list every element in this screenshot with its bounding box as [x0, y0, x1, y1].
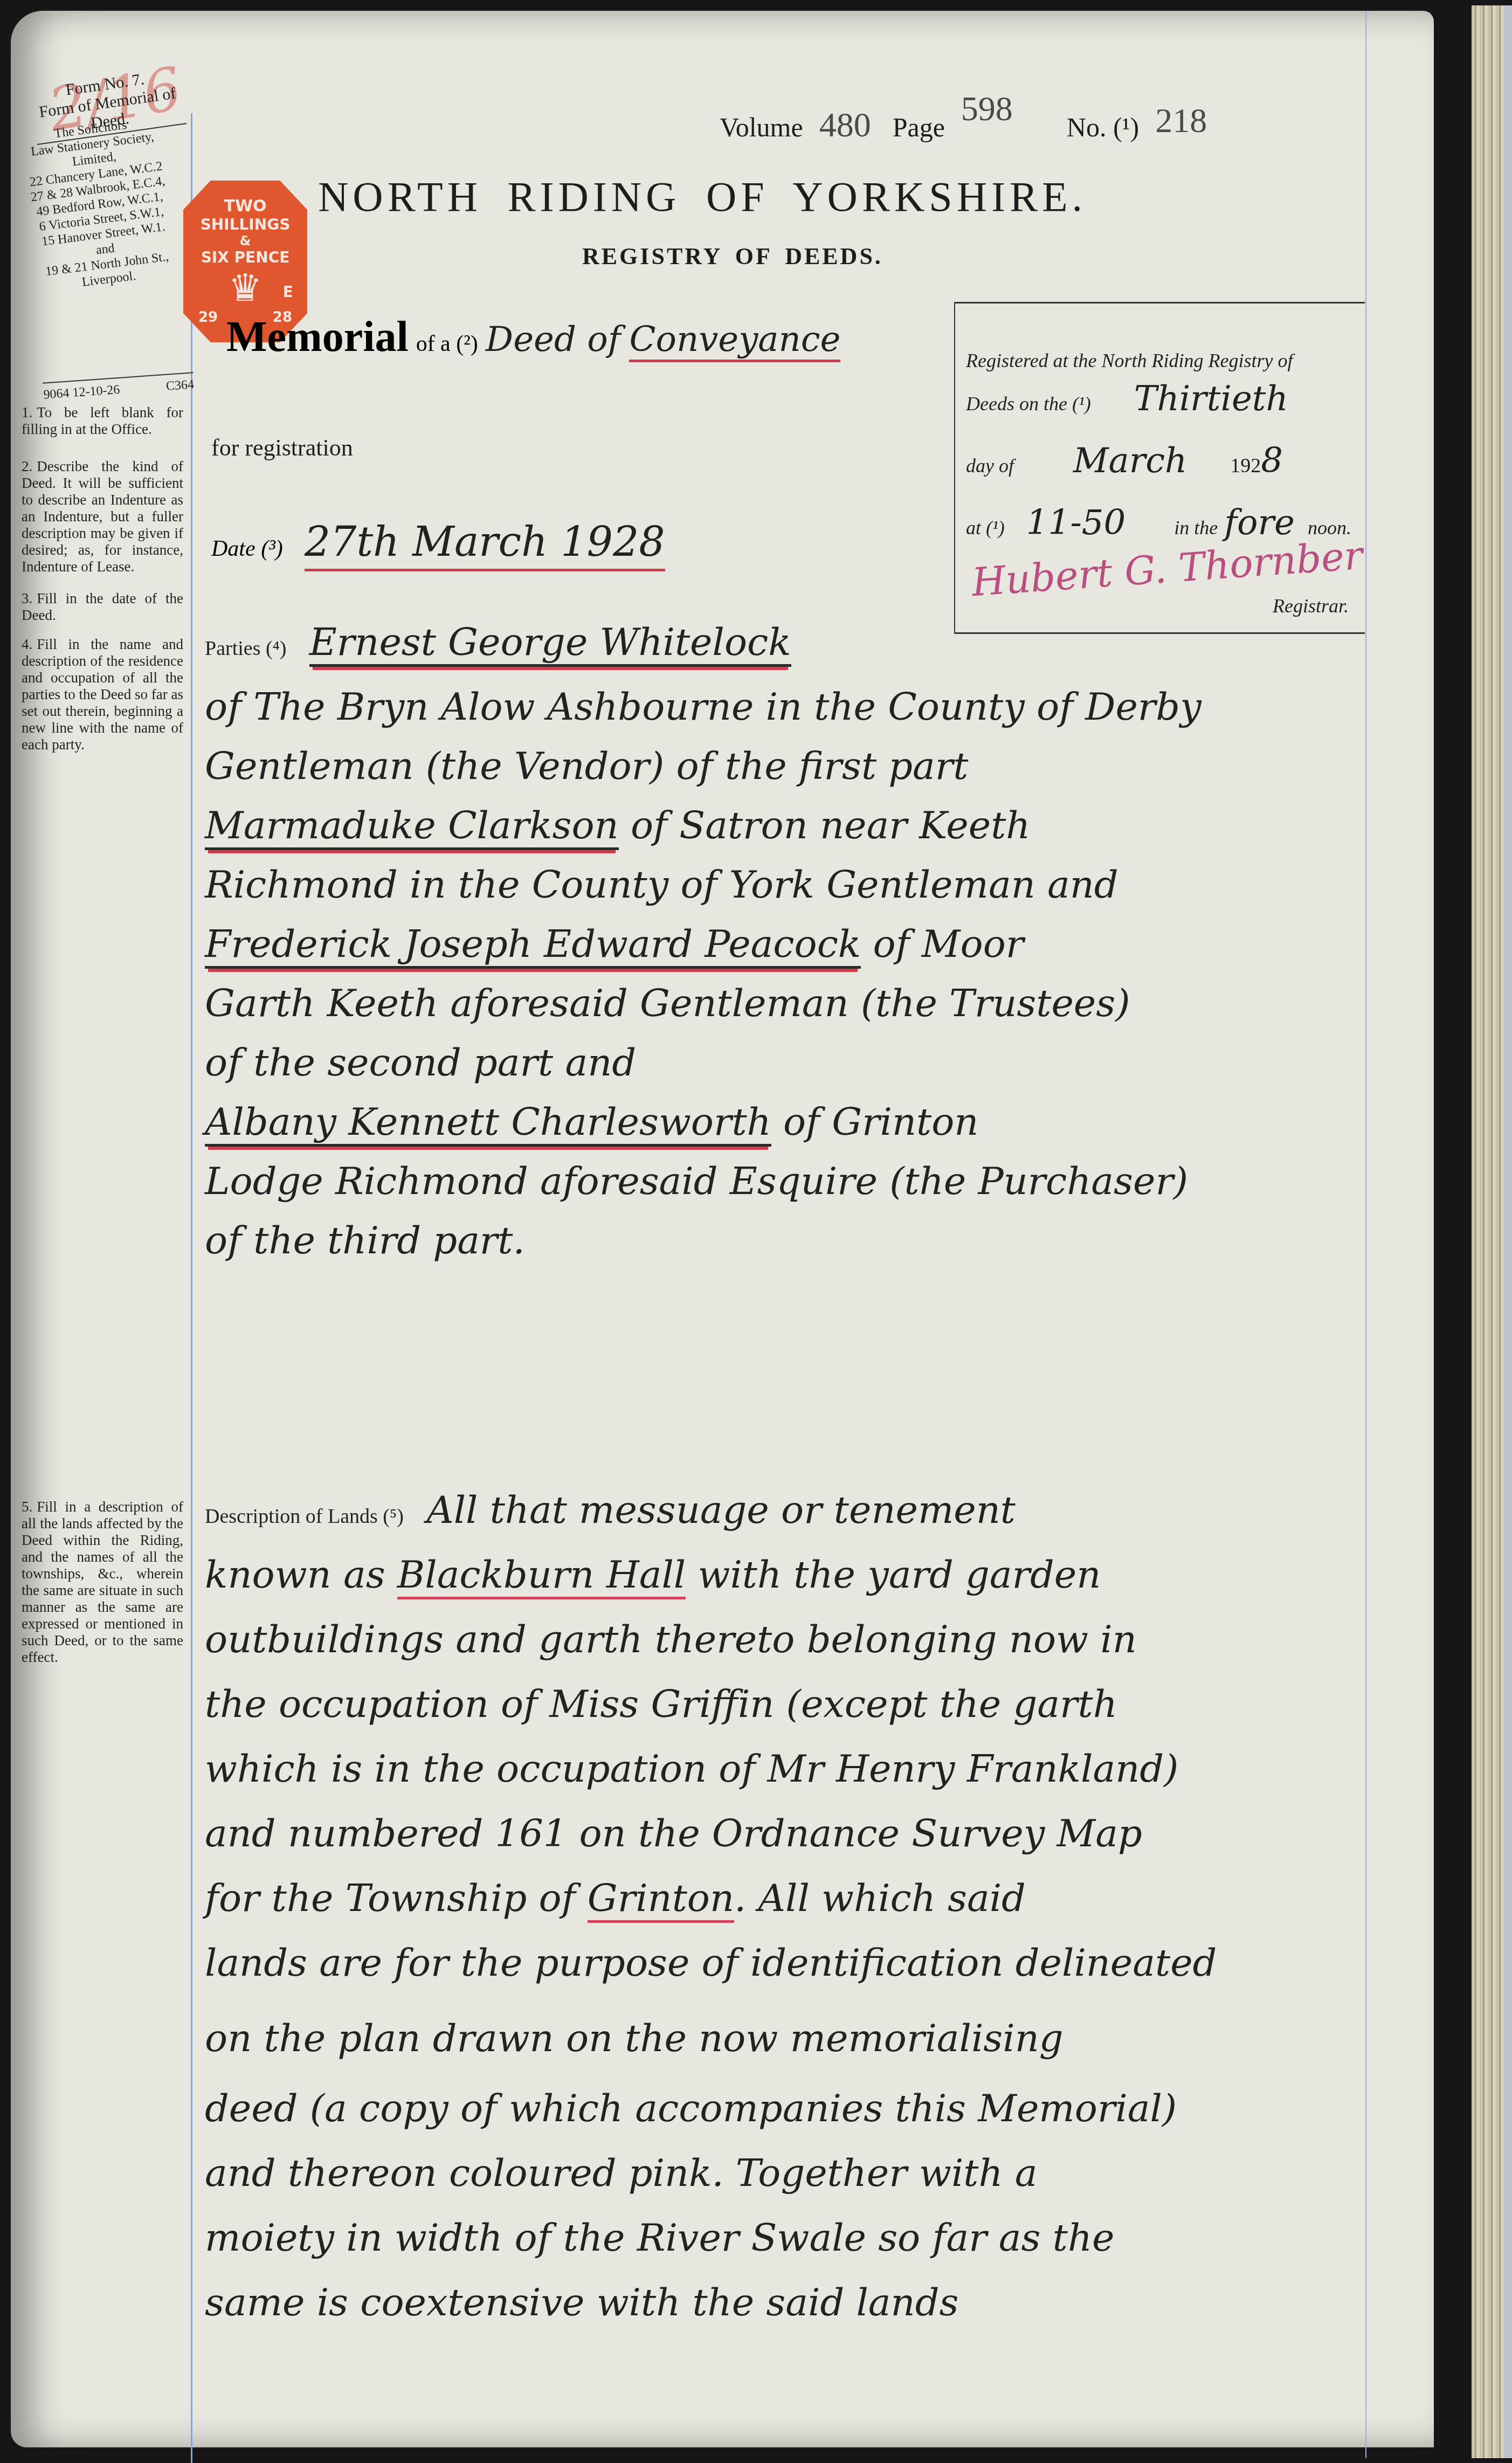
- registration-year-digit: 8: [1261, 441, 1283, 481]
- registration-meridiem: fore: [1224, 503, 1295, 543]
- registration-day: Thirtieth: [1134, 379, 1288, 419]
- party-name: Marmaduke Clarkson: [205, 803, 619, 850]
- note-3: 3.Fill in the date of the Deed.: [22, 590, 183, 624]
- party-line: Albany Kennett Charlesworth of Grinton: [205, 1100, 978, 1144]
- lands-line: lands are for the purpose of identificat…: [205, 1941, 1217, 1985]
- party-line: Garth Keeth aforesaid Gentleman (the Tru…: [205, 981, 1130, 1025]
- lands-line: known as Blackburn Hall with the yard ga…: [205, 1553, 1101, 1597]
- note-5: 5.Fill in a description of all the lands…: [22, 1499, 183, 1666]
- registration-time: 11-50: [1026, 503, 1126, 543]
- volume-number: 480: [819, 105, 871, 145]
- for-registration-label: for registration: [211, 434, 353, 461]
- deed-type-kind: Conveyance: [629, 320, 840, 362]
- note-4: 4.Fill in the name and description of th…: [22, 636, 183, 753]
- volume-line: Volume 480 Page 598 No. (¹) 218: [720, 105, 1228, 145]
- parties-label: Parties (⁴): [205, 637, 286, 660]
- party-line: Gentleman (the Vendor) of the first part: [205, 744, 968, 788]
- party-line: Marmaduke Clarkson of Satron near Keeth: [205, 803, 1030, 847]
- party-line: Parties (⁴) Ernest George Whitelock: [205, 620, 791, 664]
- page-number: 598: [961, 89, 1013, 129]
- property-name: Blackburn Hall: [397, 1553, 686, 1599]
- deed-type: Deed of: [486, 320, 621, 360]
- party-name: Ernest George Whitelock: [309, 620, 791, 667]
- memorial-word: Memorial: [226, 313, 409, 362]
- lands-line: the occupation of Miss Griffin (except t…: [205, 1682, 1117, 1726]
- publisher-block: The Solicitors Law Stationery Society, L…: [12, 112, 187, 296]
- lands-label: Description of Lands (⁵): [205, 1505, 404, 1528]
- party-name: Albany Kennett Charlesworth: [205, 1100, 771, 1147]
- deed-date-row: Date (³) 27th March 1928: [211, 518, 665, 571]
- note-1: 1.To be left blank for filling in at the…: [22, 404, 183, 438]
- book-page-edges: [1472, 5, 1504, 2458]
- deed-date: 27th March 1928: [305, 518, 665, 571]
- date-label: Date (³): [211, 536, 283, 562]
- page-subtitle: REGISTRY OF DEEDS.: [582, 243, 883, 270]
- party-line: Lodge Richmond aforesaid Esquire (the Pu…: [205, 1159, 1188, 1203]
- lands-line: Description of Lands (⁵) All that messua…: [205, 1488, 1016, 1532]
- lands-line: and thereon coloured pink. Together with…: [205, 2151, 1037, 2195]
- party-line: of the second part and: [205, 1040, 636, 1085]
- party-line: of the third part.: [205, 1218, 525, 1262]
- entry-number: 218: [1155, 101, 1207, 141]
- lands-line: outbuildings and garth thereto belonging…: [205, 1617, 1137, 1661]
- lands-line: deed (a copy of which accompanies this M…: [205, 2086, 1177, 2130]
- party-name: Frederick Joseph Edward Peacock: [205, 922, 861, 969]
- township-name: Grinton: [588, 1876, 734, 1923]
- registrar-label: Registrar.: [1273, 595, 1349, 617]
- lands-line: same is coextensive with the said lands: [205, 2280, 958, 2324]
- volume-label: Volume: [720, 112, 803, 143]
- party-line: Frederick Joseph Edward Peacock of Moor: [205, 922, 1024, 966]
- registration-box: Registered at the North Riding Registry …: [954, 302, 1365, 634]
- lands-line: for the Township of Grinton. All which s…: [205, 1876, 1026, 1920]
- lands-line: which is in the occupation of Mr Henry F…: [205, 1747, 1178, 1791]
- party-line: Richmond in the County of York Gentleman…: [205, 863, 1119, 907]
- memorial-line: Memorial of a (²) Deed of Conveyance: [226, 313, 840, 362]
- margin-rule: [191, 113, 192, 2463]
- print-code-right: C364: [165, 377, 195, 394]
- registration-month: March: [1073, 441, 1187, 481]
- lands-line: moiety in width of the River Swale so fa…: [205, 2216, 1114, 2260]
- page-label: Page: [893, 112, 945, 143]
- note-2: 2.Describe the kind of Deed. It will be …: [22, 458, 183, 575]
- lands-line: and numbered 161 on the Ordnance Survey …: [205, 1811, 1142, 1855]
- entry-no-label: No. (¹): [1067, 112, 1139, 143]
- lands-line: on the plan drawn on the now memorialisi…: [205, 2016, 1064, 2060]
- party-line: of The Bryn Alow Ashbourne in the County…: [205, 685, 1202, 729]
- page-title: NORTH RIDING OF YORKSHIRE.: [318, 173, 1087, 221]
- right-margin-rule: [1365, 11, 1366, 2458]
